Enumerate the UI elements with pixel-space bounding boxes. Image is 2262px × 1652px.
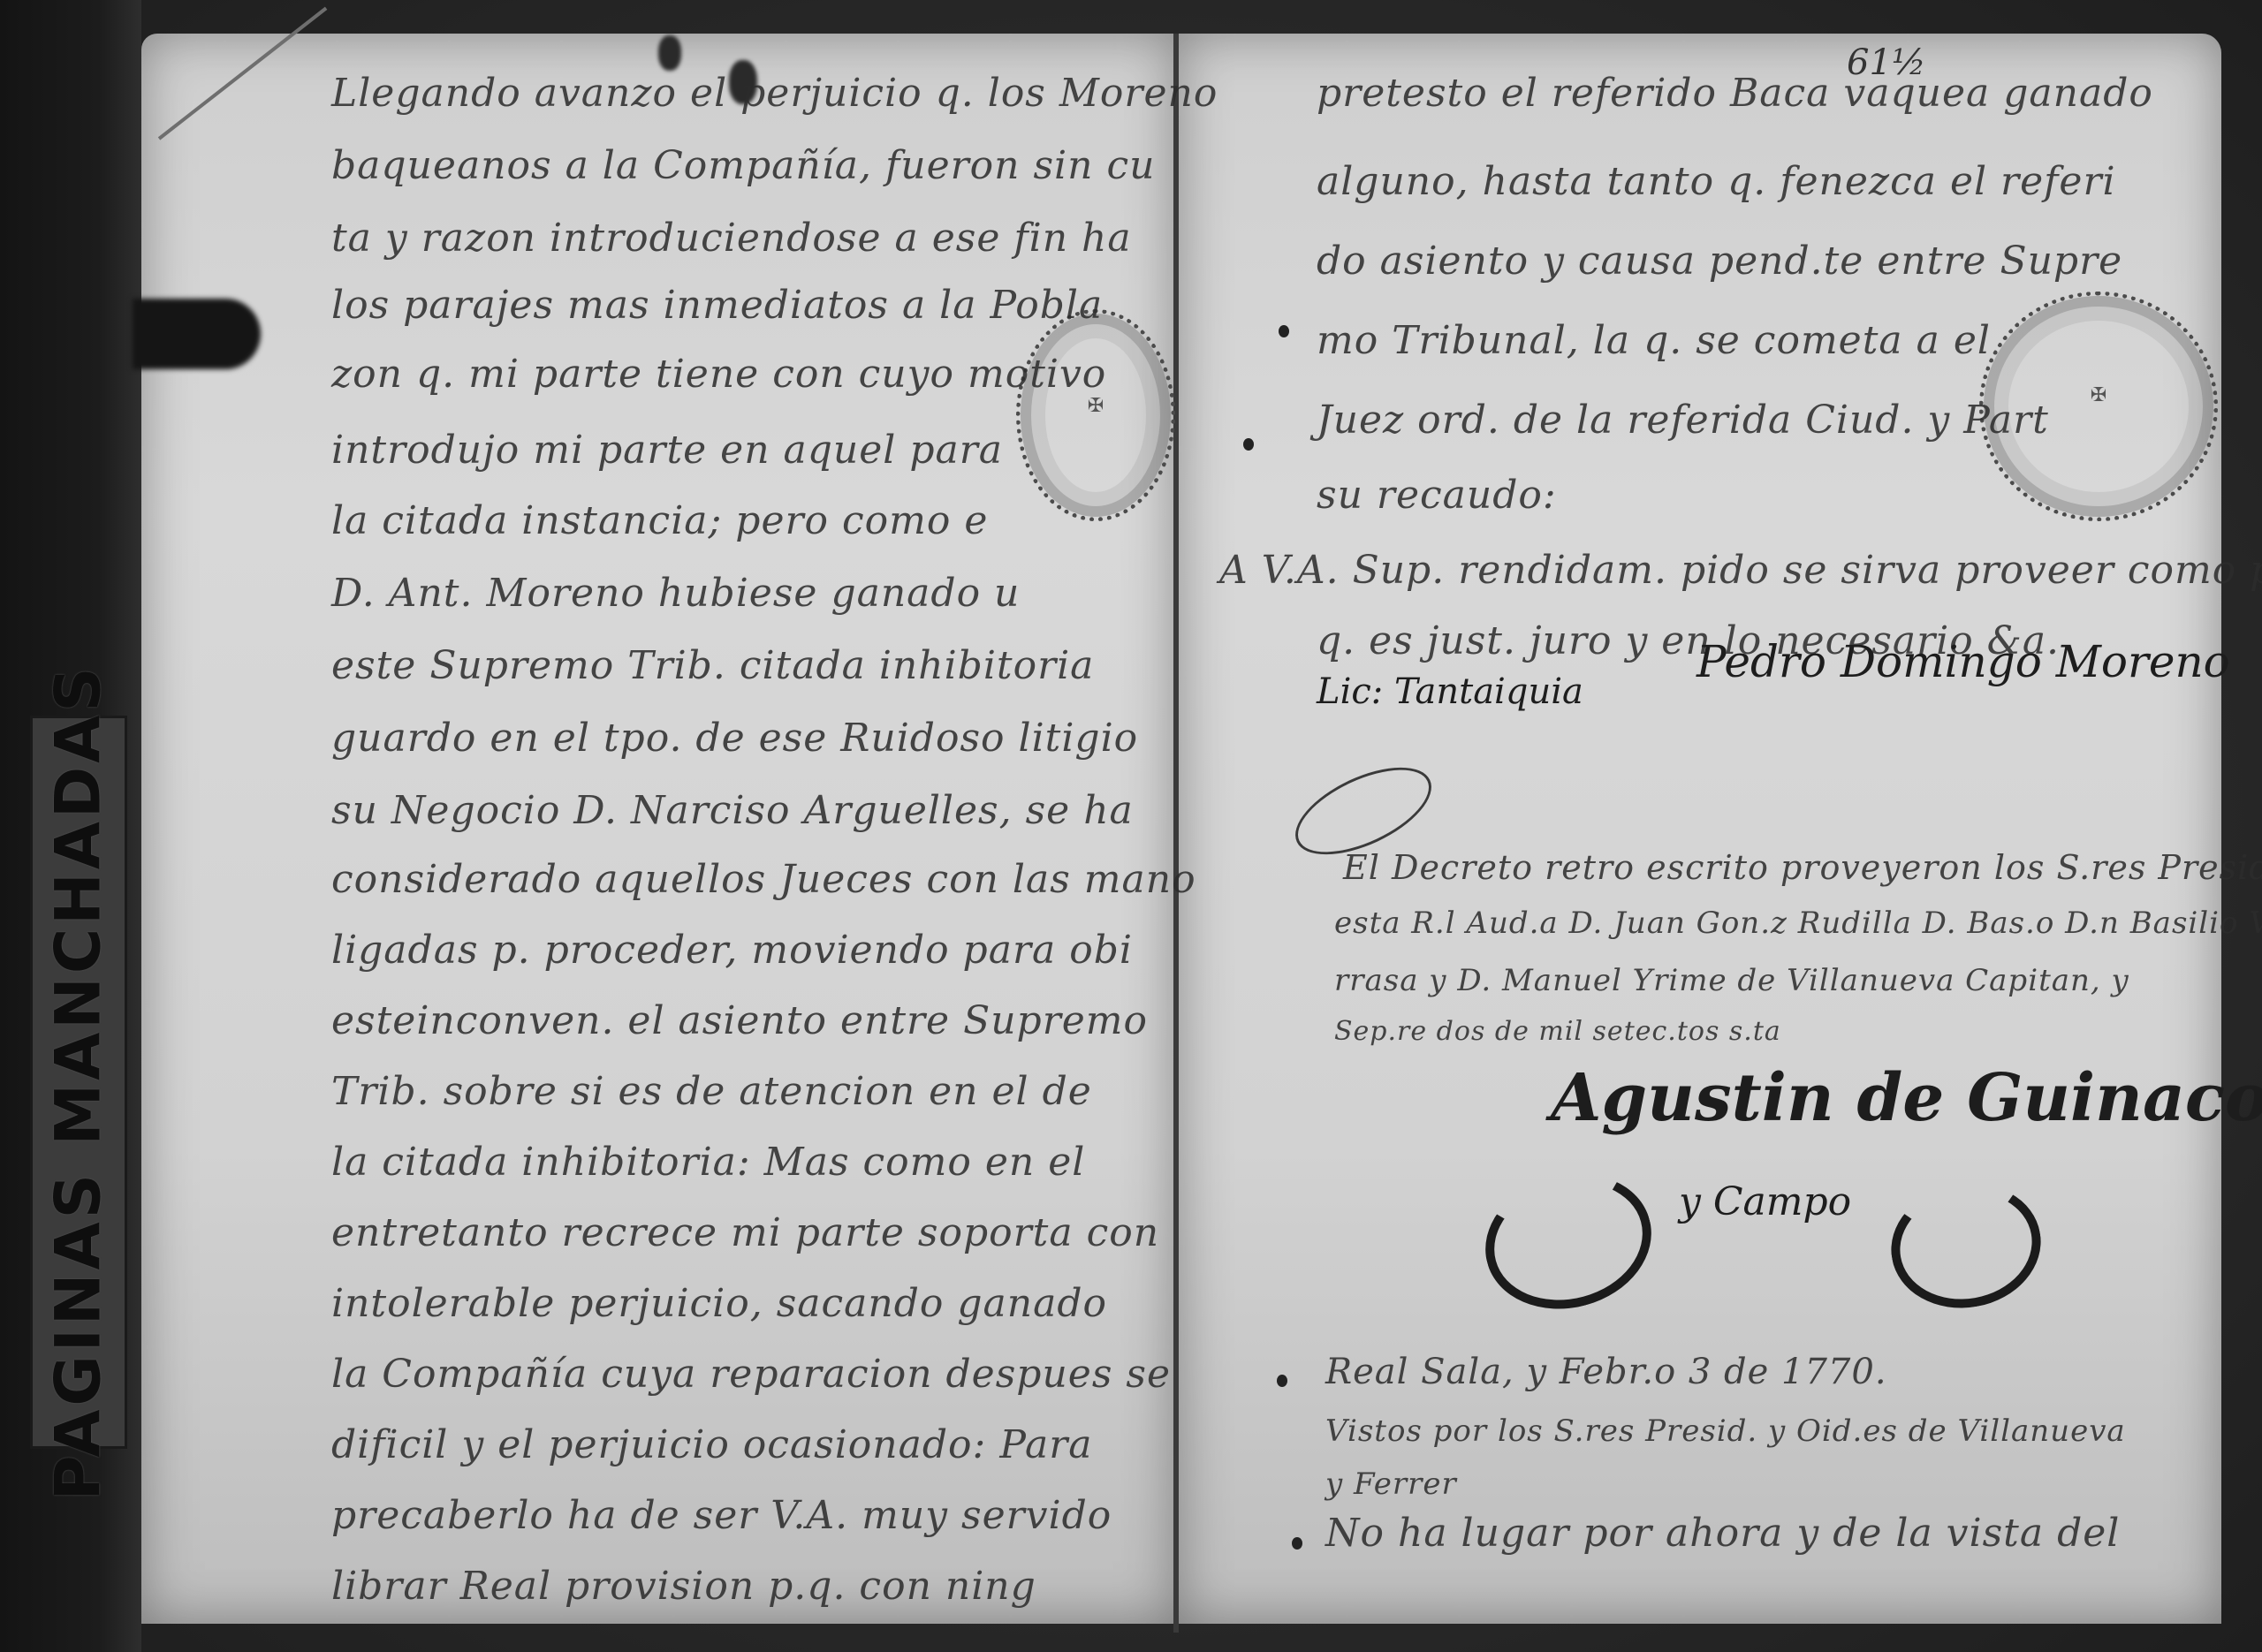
manuscript-line: considerado aquellos Jueces con las mano — [331, 857, 1196, 902]
margin-dot — [1243, 438, 1254, 451]
manuscript-line: entretanto recrece mi parte soporta con — [331, 1210, 1159, 1255]
notary-signature: Agustin de Guinacola — [1551, 1060, 2262, 1136]
manuscript-line: esteinconven. el asiento entre Supremo — [331, 998, 1148, 1043]
manuscript-line: D. Ant. Moreno hubiese ganado u — [331, 571, 1020, 616]
manuscript-line: los parajes mas inmediatos a la Pobla — [331, 283, 1103, 328]
stamp-seal-left: ✠ — [1016, 309, 1175, 521]
footer-line: No ha lugar por ahora y de la vista del — [1325, 1511, 2120, 1556]
manuscript-line: Juez ord. de la referida Ciud. y Part — [1317, 398, 2049, 443]
manuscript-line: do asiento y causa pend.te entre Supre — [1317, 239, 2122, 284]
notary-signature-suffix: y Campo — [1679, 1179, 1851, 1224]
manuscript-line: la Compañía cuya reparacion despues se — [331, 1352, 1171, 1397]
manuscript-line: baqueanos a la Compañía, fueron sin cu — [331, 143, 1155, 188]
manuscript-line: introdujo mi parte en aquel para — [331, 428, 1003, 473]
manuscript-line: dificil y el perjuicio ocasionado: Para — [331, 1422, 1092, 1467]
manuscript-line: mo Tribunal, la q. se cometa a el — [1317, 318, 1991, 363]
signature-lawyer: Lic: Tantaiquia — [1317, 671, 1583, 712]
decree-line: Sep.re dos de mil setec.tos s.ta — [1334, 1016, 1781, 1047]
gutter-line — [1173, 34, 1179, 1633]
manuscript-line: alguno, hasta tanto q. fenezca el referi — [1317, 159, 2116, 204]
thumb-shadow — [133, 299, 261, 369]
manuscript-line: Llegando avanzo el perjuicio q. los More… — [331, 71, 1218, 116]
manuscript-line: este Supremo Trib. citada inhibitoria — [331, 643, 1094, 688]
manuscript-line: zon q. mi parte tiene con cuyo motivo — [331, 352, 1106, 397]
footer-line: Vistos por los S.res Presid. y Oid.es de… — [1325, 1413, 2126, 1449]
ink-blot — [658, 35, 681, 71]
manuscript-line: la citada inhibitoria: Mas como en el — [331, 1140, 1085, 1185]
manuscript-line: A V.A. Sup. rendidam. pido se sirva prov… — [1219, 548, 2262, 593]
manuscript-line: intolerable perjuicio, sacando ganado — [331, 1281, 1107, 1326]
manuscript-line: su Negocio D. Narciso Arguelles, se ha — [331, 788, 1134, 833]
spine-label: PAGINAS MANCHADAS — [30, 716, 127, 1449]
manuscript-line: ta y razon introduciendose a ese fin ha — [331, 216, 1132, 261]
margin-dot — [1292, 1537, 1302, 1550]
signature-pedro-domingo-moreno: Pedro Domingo Moreno — [1696, 636, 2230, 687]
seal-glyph: ✠ — [1021, 395, 1171, 417]
decree-line: esta R.l Aud.a D. Juan Gon.z Rudilla D. … — [1334, 906, 2262, 941]
manuscript-line: Trib. sobre si es de atencion en el de — [331, 1069, 1092, 1114]
decree-line: El Decreto retro escrito proveyeron los … — [1343, 848, 2262, 887]
decree-line: rrasa y D. Manuel Yrime de Villanueva Ca… — [1334, 963, 2129, 998]
manuscript-line: la citada instancia; pero como e — [331, 498, 988, 543]
manuscript-line: ligadas p. proceder, moviendo para obi — [331, 928, 1133, 973]
manuscript-line: su recaudo: — [1317, 473, 1557, 518]
manuscript-line: precaberlo ha de ser V.A. muy servido — [331, 1493, 1112, 1538]
manuscript-line: guardo en el tpo. de ese Ruidoso litigio — [331, 716, 1138, 761]
manuscript-line: librar Real provision p.q. con ning — [331, 1564, 1036, 1609]
margin-dot — [1279, 325, 1289, 337]
footer-line: y Ferrer — [1325, 1466, 1457, 1502]
spine-label-text: PAGINAS MANCHADAS — [42, 663, 115, 1500]
manuscript-line: pretesto el referido Baca vaquea ganado — [1317, 71, 2153, 116]
margin-dot — [1277, 1375, 1287, 1387]
footer-line: Real Sala, y Febr.o 3 de 1770. — [1325, 1352, 1887, 1392]
